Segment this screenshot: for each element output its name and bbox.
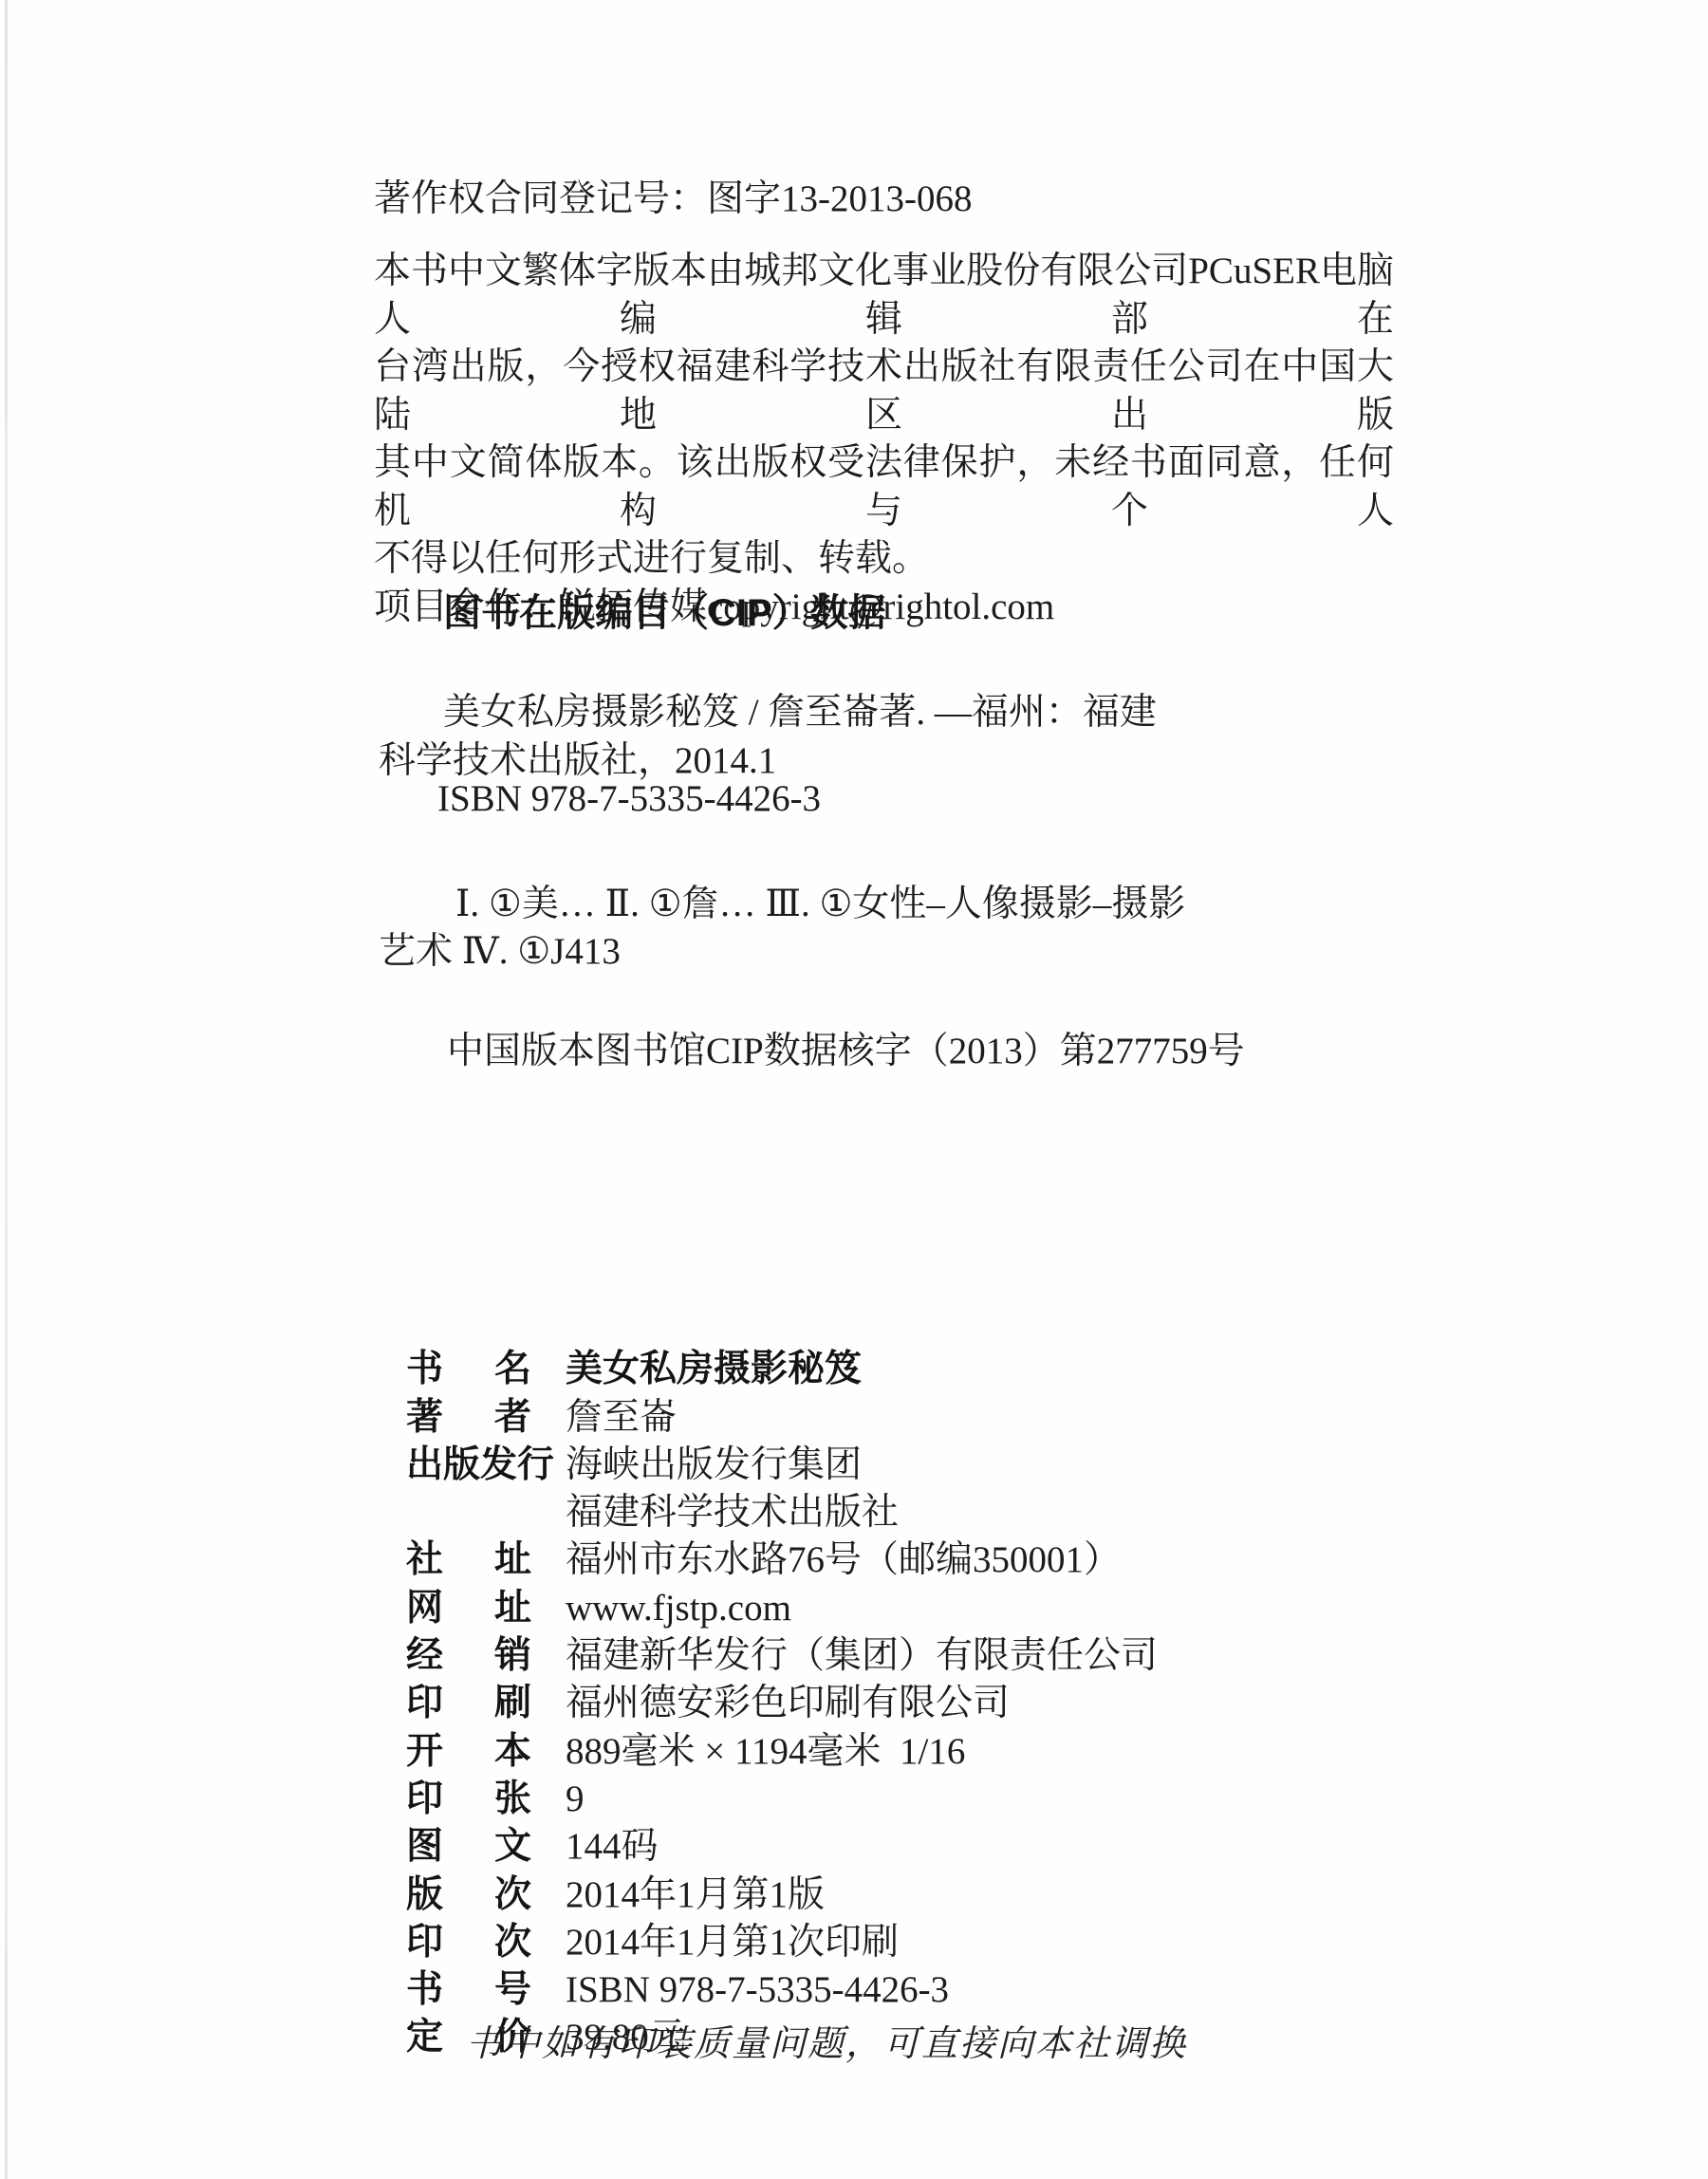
colophon-label: 开本 [406, 1728, 531, 1776]
colophon-value: 福州市东水路76号（邮编350001） [566, 1536, 1121, 1584]
colophon-label: 书号 [406, 1966, 531, 2014]
scan-edge-artifact [5, 0, 8, 2179]
print-quality-note: 书中如有印装质量问题，可直接向本社调换 [466, 2014, 1187, 2066]
colophon-label: 网址 [406, 1585, 531, 1632]
copyright-notice: 本书中文繁体字版本由城邦文化事业股份有限公司PCuSER电脑人编辑部在 台湾出版… [374, 248, 1394, 631]
copyright-notice-line: 本书中文繁体字版本由城邦文化事业股份有限公司PCuSER电脑人编辑部在 [374, 248, 1394, 344]
colophon-value: 889毫米 × 1194毫米 1/16 [566, 1728, 965, 1776]
colophon-value: 福州德安彩色印刷有限公司 [566, 1680, 1010, 1727]
cip-classification-line-2: 艺术 Ⅳ. ①J413 [379, 922, 621, 975]
colophon-label: 书名 [406, 1346, 531, 1393]
book-copyright-page: 著作权合同登记号：图字13-2013-068 本书中文繁体字版本由城邦文化事业股… [0, 0, 1708, 2179]
colophon-value: 美女私房摄影秘笈 [566, 1346, 862, 1393]
colophon-value: 海峡出版发行集团 [566, 1442, 862, 1489]
copyright-notice-line: 不得以任何形式进行复制、转载。 [374, 535, 1394, 584]
colophon-label: 印次 [406, 1919, 531, 1966]
cip-record-number-line: 中国版本图书馆CIP数据核字（2013）第277759号 [447, 1021, 1245, 1074]
colophon-value: 144码 [566, 1823, 659, 1871]
cip-entry-line-2: 科学技术出版社，2014.1 [379, 731, 776, 784]
cip-entry-line-1: 美女私房摄影秘笈 / 詹至崙著. —福州：福建 [443, 682, 1157, 736]
colophon-value: 9 [566, 1776, 585, 1823]
colophon-label: 版次 [406, 1872, 531, 1919]
cip-data-header: 图书在版编目（CIP）数据 [443, 583, 886, 637]
colophon-label: 印张 [406, 1776, 531, 1823]
colophon-table: 书名美女私房摄影秘笈 著者詹至崙 出版发行海峡出版发行集团 福建科学技术出版社 … [383, 1298, 1158, 2014]
colophon-value: 2014年1月第1版 [566, 1872, 825, 1919]
colophon-value: ISBN 978-7-5335-4426-3 [566, 1966, 949, 2014]
colophon-row-book-title: 书名美女私房摄影秘笈 [383, 1298, 1158, 1346]
colophon-label: 社址 [406, 1536, 531, 1584]
colophon-label: 印刷 [406, 1680, 531, 1727]
cip-classification-line-1: Ⅰ. ①美… Ⅱ. ①詹… Ⅲ. ①女性–人像摄影–摄影 [455, 874, 1185, 927]
colophon-value: 詹至崙 [566, 1394, 677, 1442]
colophon-value: 福建新华发行（集团）有限责任公司 [566, 1632, 1158, 1680]
colophon-value: 2014年1月第1次印刷 [566, 1919, 899, 1966]
colophon-value: 福建科学技术出版社 [566, 1489, 899, 1536]
copyright-notice-line: 其中文简体版本。该出版权受法律保护，未经书面同意，任何机构与个人 [374, 439, 1394, 535]
colophon-value: www.fjstp.com [566, 1585, 791, 1632]
copyright-notice-line: 台湾出版，今授权福建科学技术出版社有限责任公司在中国大陆地区出版 [374, 344, 1394, 439]
cip-isbn-line: ISBN 978-7-5335-4426-3 [437, 777, 821, 820]
colophon-label: 图文 [406, 1823, 531, 1871]
colophon-label: 著者 [406, 1394, 531, 1442]
colophon-label: 经销 [406, 1632, 531, 1680]
registration-number-line: 著作权合同登记号：图字13-2013-068 [374, 177, 972, 221]
colophon-label: 出版发行 [406, 1442, 531, 1489]
